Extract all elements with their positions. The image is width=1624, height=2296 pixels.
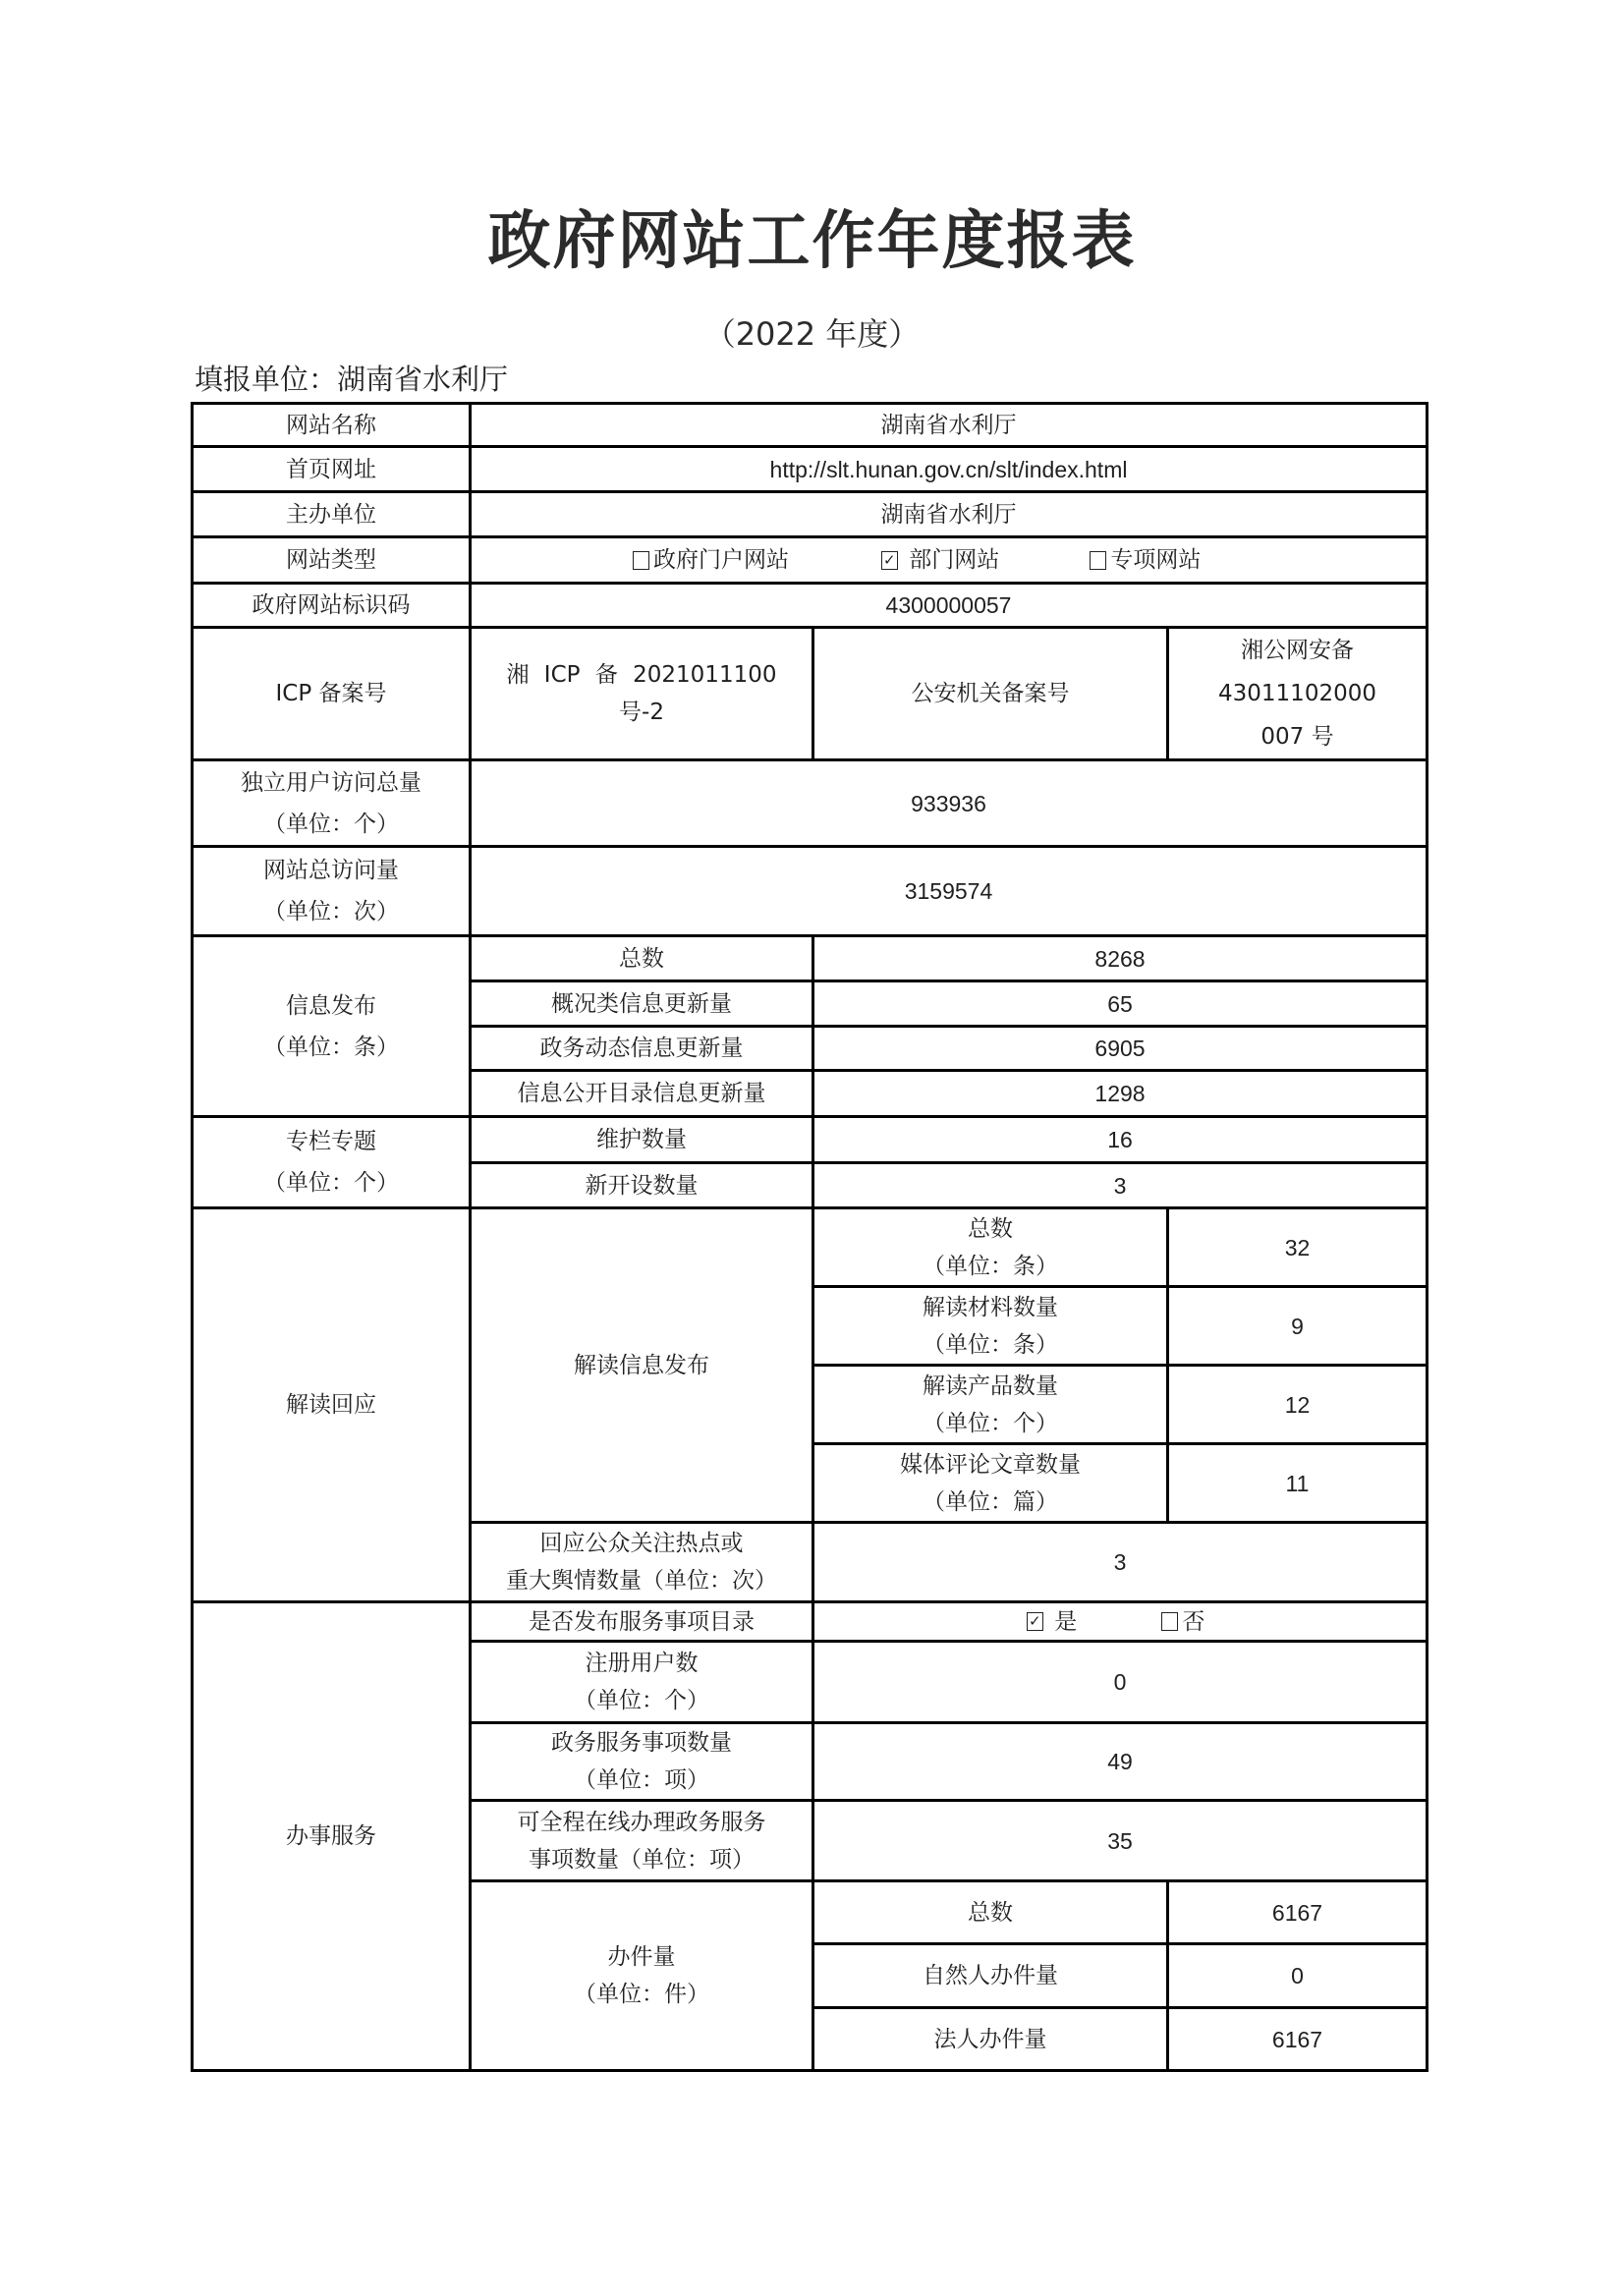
response-label: 回应公众关注热点或重大舆情数量（单位：次） xyxy=(469,1521,814,1603)
catalog-option-no[interactable]: 否 xyxy=(1161,1603,1204,1641)
info-overview-value: 65 xyxy=(812,980,1428,1028)
unchecked-box-icon[interactable] xyxy=(1090,551,1106,570)
pv-value: 3159574 xyxy=(469,845,1428,937)
homepage-label: 首页网址 xyxy=(191,445,472,493)
interp-products-value: 12 xyxy=(1166,1364,1428,1445)
response-value: 3 xyxy=(812,1521,1428,1603)
columns-maintained-value: 16 xyxy=(812,1115,1428,1164)
registered-users-label: 注册用户数（单位：个） xyxy=(469,1640,814,1724)
reporting-unit-label: 填报单位： xyxy=(195,363,337,396)
columns-new-value: 3 xyxy=(812,1161,1428,1209)
icp-value-line2: 号-2 xyxy=(619,694,664,731)
site-type-option-department[interactable]: 部门网站 xyxy=(881,541,999,579)
reporting-unit: 填报单位：湖南省水利厅 xyxy=(195,362,508,397)
page-title: 政府网站工作年度报表 xyxy=(0,202,1624,281)
services-label: 办事服务 xyxy=(191,1600,472,2072)
site-type-option-special[interactable]: 专项网站 xyxy=(1090,541,1201,579)
site-type-label: 网站类型 xyxy=(191,535,472,585)
report-year: （2022 年度） xyxy=(0,312,1624,356)
icp-value-line1: 湘 ICP 备 2021011100 xyxy=(507,656,777,694)
site-type-option-portal[interactable]: 政府门户网站 xyxy=(633,541,789,579)
interp-products-label: 解读产品数量（单位：个） xyxy=(812,1364,1169,1445)
online-items-value: 35 xyxy=(812,1799,1428,1882)
info-dynamics-label: 政务动态信息更新量 xyxy=(469,1025,814,1072)
info-total-label: 总数 xyxy=(469,934,814,982)
interpretation-label: 解读回应 xyxy=(191,1206,472,1603)
info-overview-label: 概况类信息更新量 xyxy=(469,980,814,1028)
info-dynamics-value: 6905 xyxy=(812,1025,1428,1072)
reporting-unit-value: 湖南省水利厅 xyxy=(337,363,508,396)
site-name-label: 网站名称 xyxy=(191,402,472,448)
cases-natural-person-label: 自然人办件量 xyxy=(812,1942,1169,2009)
uv-label: 独立用户访问总量 （单位：个） xyxy=(191,758,472,848)
info-disclosure-label: 信息公开目录信息更新量 xyxy=(469,1069,814,1118)
cases-natural-person-value: 0 xyxy=(1166,1942,1428,2009)
cases-label: 办件量（单位：件） xyxy=(469,1879,814,2072)
columns-maintained-label: 维护数量 xyxy=(469,1115,814,1164)
interp-total-value: 32 xyxy=(1166,1206,1428,1288)
service-items-value: 49 xyxy=(812,1721,1428,1802)
info-publish-label: 信息发布 （单位：条） xyxy=(191,934,472,1118)
icp-value: 湘 ICP 备 2021011100 号-2 xyxy=(469,626,814,761)
police-record-label: 公安机关备案号 xyxy=(812,626,1169,761)
icp-label: ICP 备案号 xyxy=(191,626,472,761)
unchecked-box-icon[interactable] xyxy=(1161,1612,1178,1631)
interpretation-publish-label: 解读信息发布 xyxy=(469,1206,814,1524)
interp-materials-value: 9 xyxy=(1166,1285,1428,1367)
catalog-label: 是否发布服务事项目录 xyxy=(469,1600,814,1643)
unchecked-box-icon[interactable] xyxy=(633,551,649,570)
cases-legal-person-value: 6167 xyxy=(1166,2006,1428,2072)
site-code-label: 政府网站标识码 xyxy=(191,582,472,629)
online-items-label: 可全程在线办理政务服务事项数量（单位：项） xyxy=(469,1799,814,1882)
homepage-url[interactable]: http://slt.hunan.gov.cn/slt/index.html xyxy=(469,445,1428,493)
cases-total-value: 6167 xyxy=(1166,1879,1428,1945)
interp-media-value: 11 xyxy=(1166,1442,1428,1524)
site-code-value: 4300000057 xyxy=(469,582,1428,629)
uv-value: 933936 xyxy=(469,758,1428,848)
sponsor-value: 湖南省水利厅 xyxy=(469,490,1428,538)
checked-box-icon[interactable] xyxy=(881,551,898,570)
catalog-option-yes[interactable]: 是 xyxy=(1027,1603,1077,1641)
info-total-value: 8268 xyxy=(812,934,1428,982)
interp-total-label: 总数（单位：条） xyxy=(812,1206,1169,1288)
sponsor-label: 主办单位 xyxy=(191,490,472,538)
catalog-options: 是 否 xyxy=(812,1600,1428,1643)
columns-label: 专栏专题 （单位：个） xyxy=(191,1115,472,1209)
site-type-options: 政府门户网站 部门网站 专项网站 xyxy=(469,535,1428,585)
police-record-value: 湘公网安备 43011102000 007 号 xyxy=(1166,626,1428,761)
interp-media-label: 媒体评论文章数量（单位：篇） xyxy=(812,1442,1169,1524)
pv-label: 网站总访问量 （单位：次） xyxy=(191,845,472,937)
site-name-value: 湖南省水利厅 xyxy=(469,402,1428,448)
info-disclosure-value: 1298 xyxy=(812,1069,1428,1118)
service-items-label: 政务服务事项数量（单位：项） xyxy=(469,1721,814,1802)
cases-total-label: 总数 xyxy=(812,1879,1169,1945)
interp-materials-label: 解读材料数量（单位：条） xyxy=(812,1285,1169,1367)
cases-legal-person-label: 法人办件量 xyxy=(812,2006,1169,2072)
checked-box-icon[interactable] xyxy=(1027,1612,1043,1631)
columns-new-label: 新开设数量 xyxy=(469,1161,814,1209)
registered-users-value: 0 xyxy=(812,1640,1428,1724)
